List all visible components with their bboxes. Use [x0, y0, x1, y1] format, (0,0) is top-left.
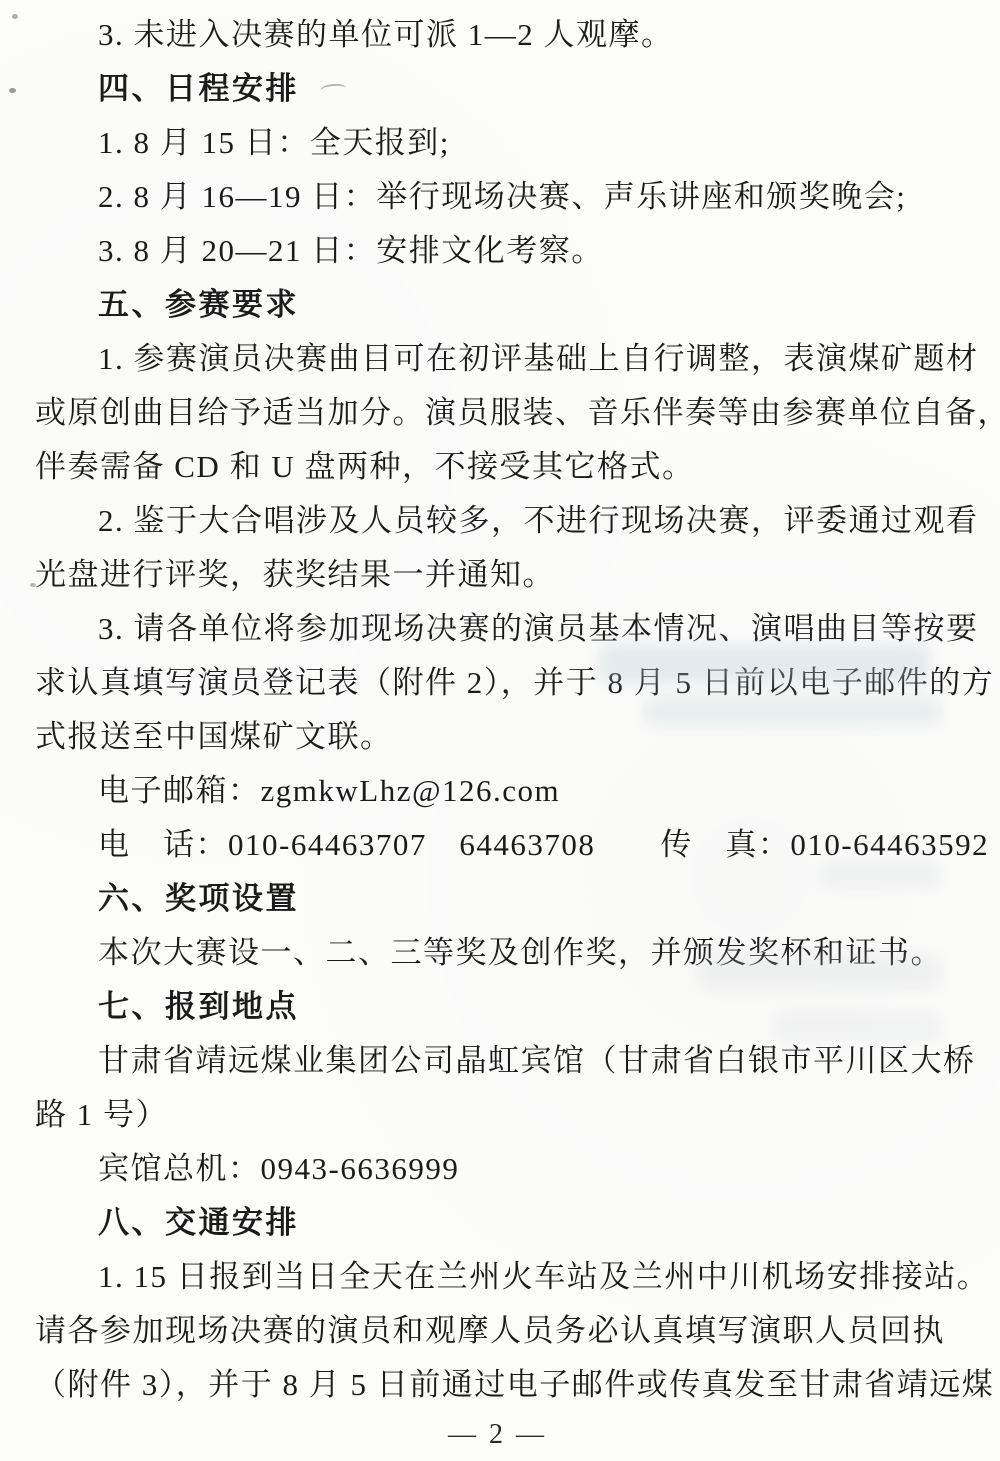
paragraph-line: 1. 8 月 15 日：全天报到; [35, 112, 960, 166]
paragraph-line: 1. 参赛演员决赛曲目可在初评基础上自行调整，表演煤矿题材 [35, 328, 960, 382]
paragraph-line: 伴奏需备 CD 和 U 盘两种，不接受其它格式。 [35, 436, 960, 490]
paragraph-line: 光盘进行评奖，获奖结果一并通知。 [35, 544, 960, 598]
section-heading-8: 八、交通安排 [35, 1192, 960, 1246]
paragraph-line: 甘肃省靖远煤业集团公司晶虹宾馆（甘肃省白银市平川区大桥 [35, 1030, 960, 1084]
scan-speck [12, 14, 18, 19]
scan-speck [9, 88, 16, 93]
paragraph-line: 2. 鉴于大合唱涉及人员较多，不进行现场决赛，评委通过观看 [35, 490, 960, 544]
section-heading-7: 七、报到地点 [35, 976, 960, 1030]
paragraph-line: 求认真填写演员登记表（附件 2），并于 8 月 5 日前以电子邮件的方 [35, 652, 960, 706]
paragraph-line: （附件 3），并于 8 月 5 日前通过电子邮件或传真发至甘肃省靖远煤 [35, 1354, 960, 1408]
paragraph-line: 请各参加现场决赛的演员和观摩人员务必认真填写演职人员回执 [35, 1300, 960, 1354]
paragraph-line: 路 1 号） [35, 1084, 960, 1138]
paragraph-line: 式报送至中国煤矿文联。 [35, 706, 960, 760]
section-heading-6: 六、奖项设置 [35, 868, 960, 922]
section-heading-4: 四、日程安排 [35, 58, 960, 112]
email-line: 电子邮箱：zgmkwLhz@126.com [35, 760, 960, 814]
hotel-phone-line: 宾馆总机：0943-6636999 [35, 1138, 960, 1192]
document-page: 3. 未进入决赛的单位可派 1—2 人观摩。 四、日程安排 1. 8 月 15 … [0, 0, 1000, 1461]
section-heading-5: 五、参赛要求 [35, 274, 960, 328]
paragraph-line: 3. 未进入决赛的单位可派 1—2 人观摩。 [35, 4, 960, 58]
paragraph-line: 或原创曲目给予适当加分。演员服装、音乐伴奏等由参赛单位自备， [35, 382, 960, 436]
paragraph-line: 3. 请各单位将参加现场决赛的演员基本情况、演唱曲目等按要 [35, 598, 960, 652]
paragraph-line: 本次大赛设一、二、三等奖及创作奖，并颁发奖杯和证书。 [35, 922, 960, 976]
phone-fax-line: 电 话：010-64463707 64463708 传 真：010-644635… [35, 814, 960, 868]
page-number: — 2 — [35, 1408, 960, 1461]
paragraph-line: 3. 8 月 20—21 日：安排文化考察。 [35, 220, 960, 274]
paragraph-line: 1. 15 日报到当日全天在兰州火车站及兰州中川机场安排接站。 [35, 1246, 960, 1300]
paragraph-line: 2. 8 月 16—19 日：举行现场决赛、声乐讲座和颁奖晚会; [35, 166, 960, 220]
